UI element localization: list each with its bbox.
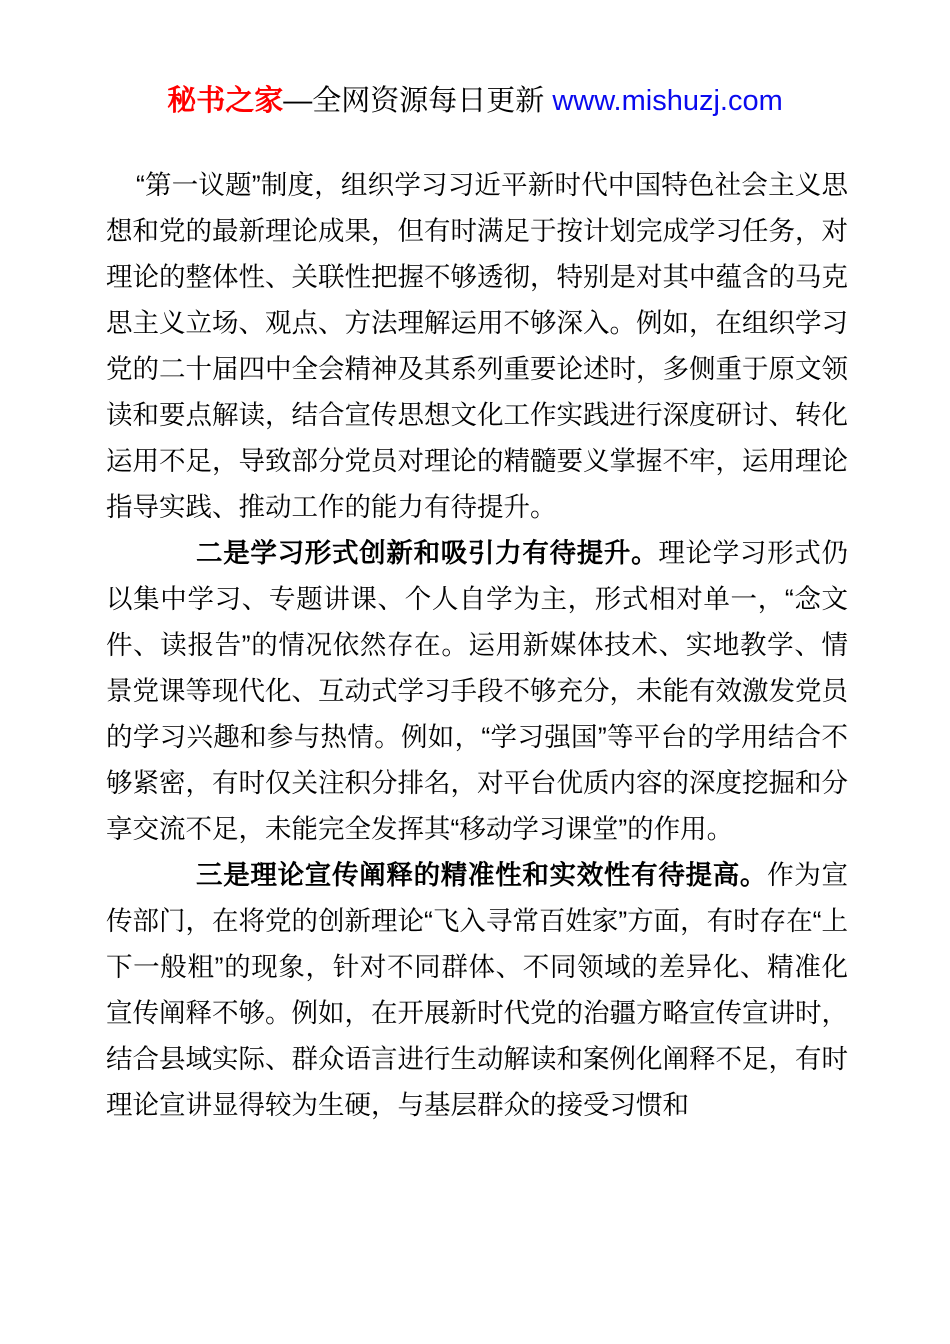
header-tagline: —全网资源每日更新	[283, 85, 552, 117]
document-page: 秘书之家—全网资源每日更新 www.mishuzj.com “第一议题”制度，组…	[0, 0, 950, 1344]
site-name: 秘书之家	[167, 85, 283, 117]
page-header: 秘书之家—全网资源每日更新 www.mishuzj.com	[0, 82, 950, 120]
paragraph: “第一议题”制度，组织学习习近平新时代中国特色社会主义思想和党的最新理论成果，但…	[106, 162, 848, 530]
site-url-link[interactable]: www.mishuzj.com	[552, 85, 782, 117]
document-body: “第一议题”制度，组织学习习近平新时代中国特色社会主义思想和党的最新理论成果，但…	[106, 162, 848, 1128]
paragraph: 三是理论宣传阐释的精准性和实效性有待提高。作为宣传部门，在将党的创新理论“飞入寻…	[106, 852, 848, 1128]
paragraph-lead: 二是学习形式创新和吸引力有待提升。	[196, 538, 658, 568]
paragraph-lead: 三是理论宣传阐释的精准性和实效性有待提高。	[196, 860, 767, 890]
paragraph: 二是学习形式创新和吸引力有待提升。理论学习形式仍以集中学习、专题讲课、个人自学为…	[106, 530, 848, 852]
